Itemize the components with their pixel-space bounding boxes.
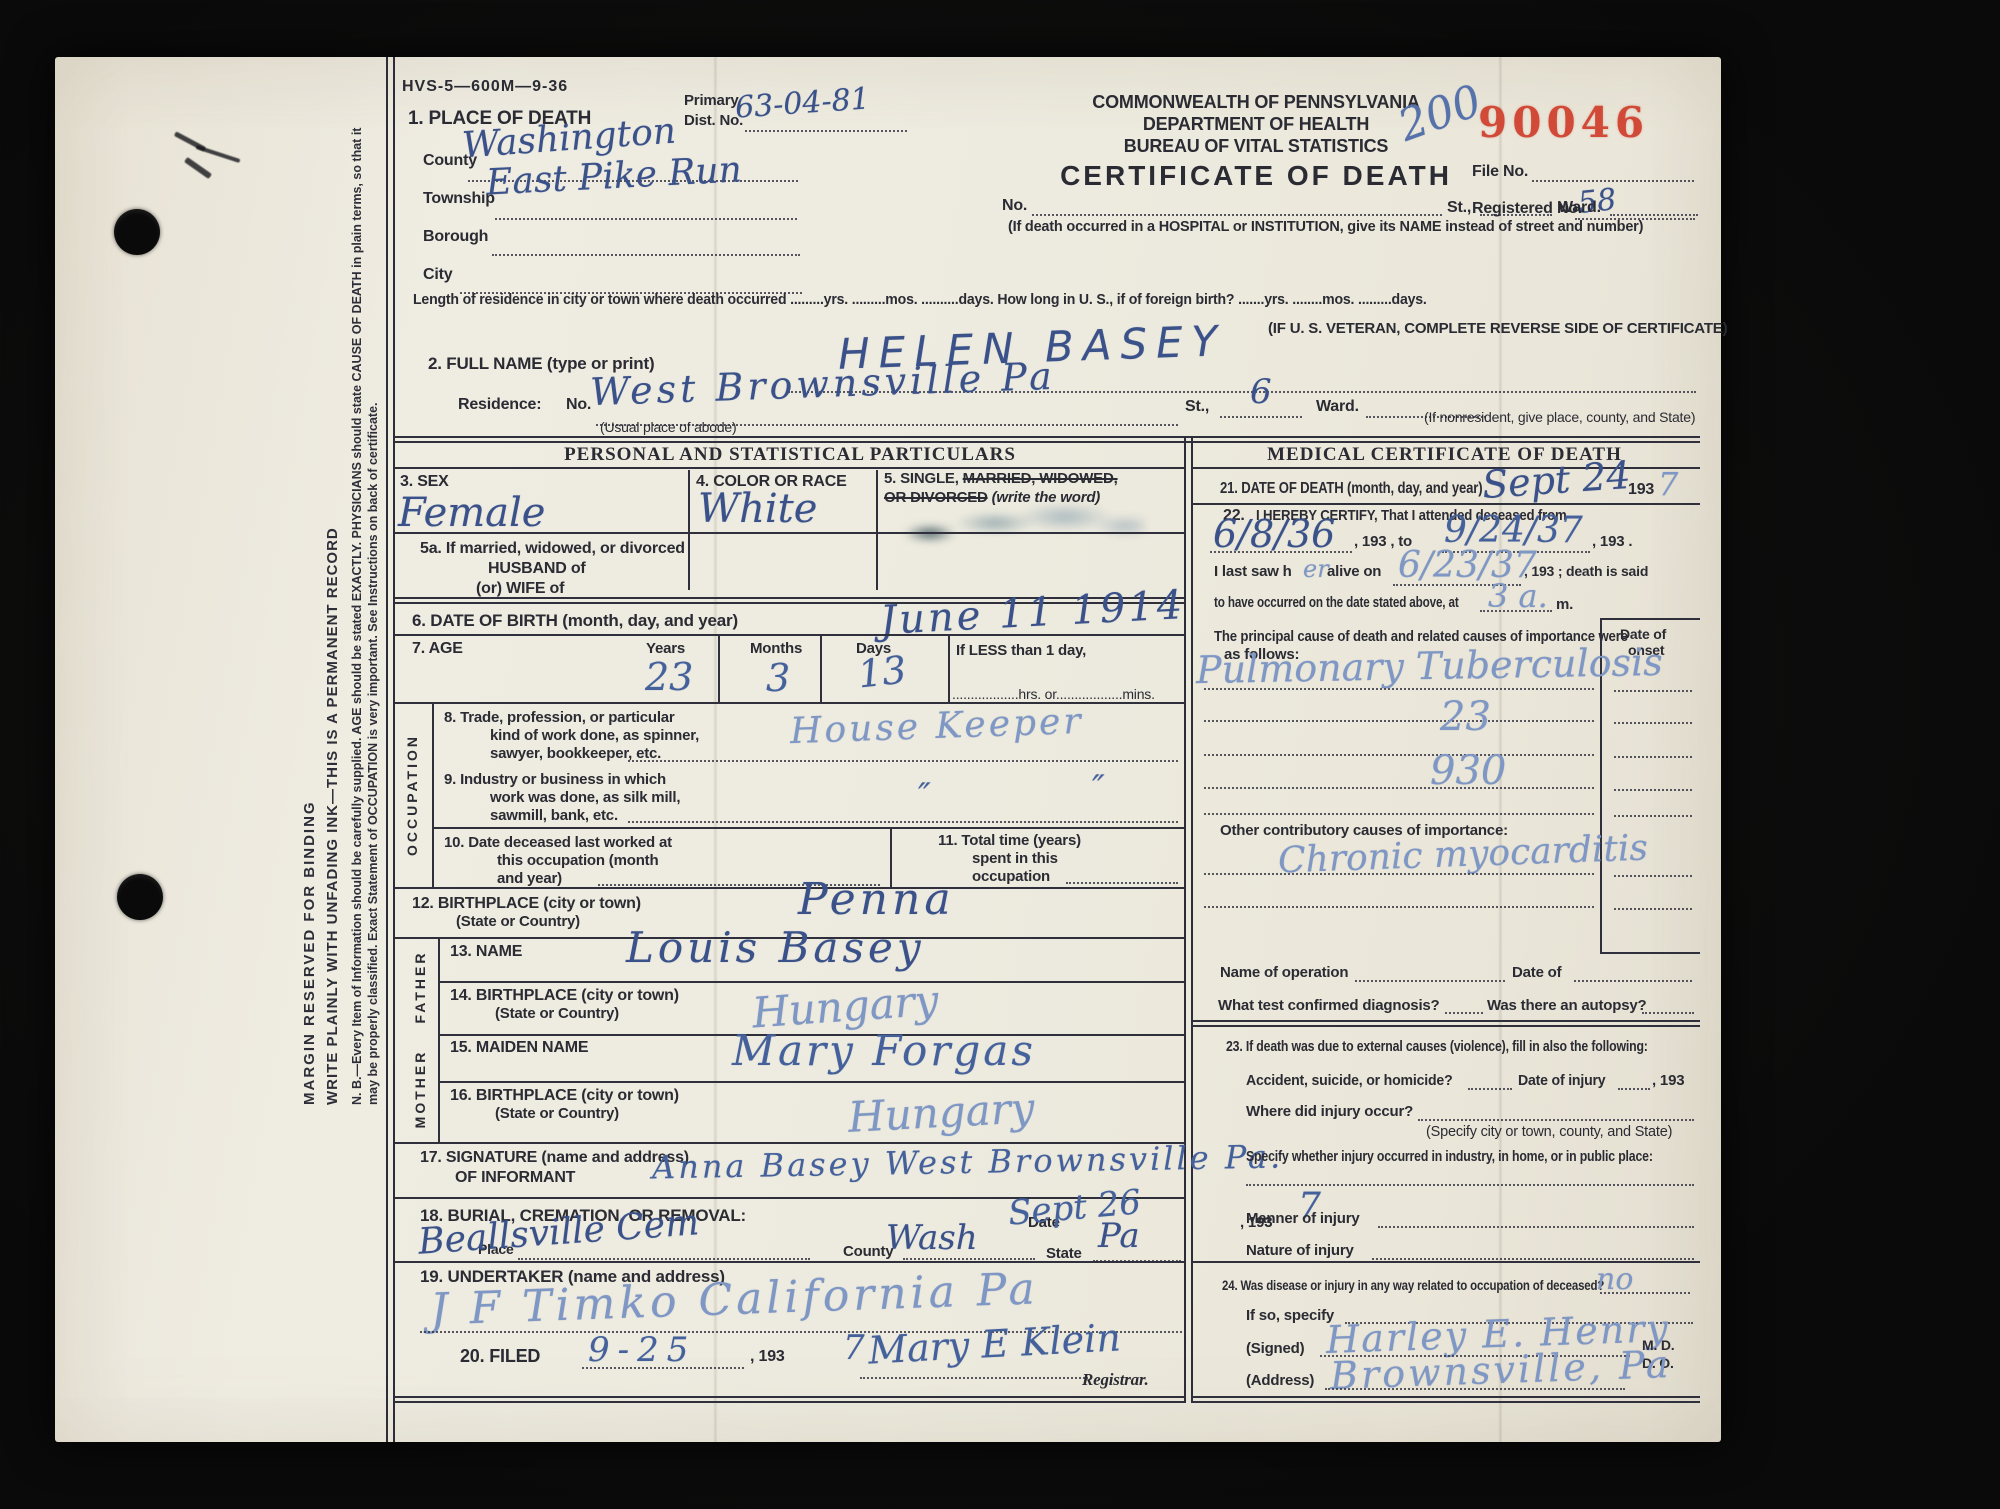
last-worked-label-3: and year) [497, 870, 562, 887]
ink-scuff [196, 145, 241, 163]
test-label: What test confirmed diagnosis? [1218, 997, 1440, 1014]
address-label: (Address) [1246, 1372, 1314, 1389]
total-time-label-2: spent in this [972, 850, 1058, 867]
father-birthplace-sublabel: (State or Country) [495, 1005, 619, 1022]
personal-section-title: PERSONAL AND STATISTICAL PARTICULARS [400, 444, 1180, 466]
occurred-time-line [1480, 610, 1552, 612]
industry-label-3: sawmill, bank, etc. [490, 807, 618, 824]
accident-line [1468, 1088, 1512, 1090]
age-divider-1 [718, 635, 720, 702]
margin-reserved-note: MARGIN RESERVED FOR BINDING [301, 95, 318, 1105]
occupation-bottom-rule [395, 887, 1184, 889]
father-bracket-line [438, 937, 440, 1034]
last-worked-label-2: this occupation (month [497, 852, 658, 869]
age-less-label: If LESS than 1 day, [956, 642, 1086, 659]
section-top-rule [395, 436, 1700, 443]
residence-length-line: Length of residence in city or town wher… [413, 291, 1427, 308]
dist-no-value: 63-04-81 [734, 81, 871, 125]
filed-date-value: 9-25 [588, 1330, 696, 1370]
address-line [1325, 1388, 1625, 1390]
hospital-note: (If death occurred in a HOSPITAL or INST… [1008, 219, 1643, 235]
cause-code-2: 930 [1430, 748, 1506, 794]
where-injury-label: Where did injury occur? [1246, 1103, 1413, 1120]
mother-birthplace-label: 16. BIRTHPLACE (city or town) [450, 1087, 679, 1105]
specify-whether-label: Specify whether injury occurred in indus… [1246, 1148, 1653, 1165]
residence-no-label: No. [566, 396, 591, 414]
certificate-title: CERTIFICATE OF DEATH [1030, 160, 1482, 192]
informant-label-2: OF INFORMANT [455, 1169, 575, 1187]
date-of-death-value: Sept 24 [1481, 453, 1632, 507]
related-answer-line [1600, 1292, 1690, 1294]
cause-line-3 [1204, 754, 1594, 756]
sex-row-rule [395, 532, 1184, 534]
injury-date-label: Date of injury [1518, 1072, 1605, 1089]
if-so-specify-label: If so, specify [1246, 1307, 1334, 1324]
specify-whether-line [1246, 1184, 1694, 1186]
age-months-label: Months [750, 640, 802, 657]
marital-value-smudge [895, 490, 1145, 550]
item10-top-rule [432, 827, 1184, 829]
total-time-label-1: 11. Total time (years) [938, 832, 1081, 849]
bureau-line: BUREAU OF VITAL STATISTICS [1050, 136, 1462, 157]
filed-year-digit: 7 [843, 1328, 865, 1368]
maiden-name-label: 15. MAIDEN NAME [450, 1039, 588, 1057]
hospital-st-line [1480, 214, 1552, 216]
dod-year-printed: 193 [1628, 481, 1654, 499]
dob-rule [395, 634, 1184, 636]
industry-line [628, 821, 1178, 823]
onset-line-2 [1614, 722, 1692, 724]
race-value: White [698, 486, 817, 532]
burial-state-value: Pa [1098, 1216, 1140, 1256]
marital-label-single: 5. SINGLE, [884, 470, 959, 487]
operation-label: Name of operation [1220, 964, 1348, 981]
birthplace-label: 12. BIRTHPLACE (city or town) [412, 895, 641, 913]
onset-line-1 [1614, 690, 1692, 692]
certificate-paper: N. B.—Every Item of Information should b… [55, 57, 1721, 1442]
filed-date-line [582, 1367, 744, 1369]
burial-rule [395, 1261, 1184, 1263]
burial-county-line [903, 1258, 1035, 1260]
age-label: 7. AGE [412, 640, 463, 658]
scanned-death-certificate: N. B.—Every Item of Information should b… [0, 0, 2000, 1509]
column-divider-rule [1184, 436, 1193, 1403]
residence-st-label: St., [1185, 398, 1209, 416]
onset-line-3 [1614, 756, 1692, 758]
abode-note: (Usual place of abode) [600, 419, 736, 435]
punch-hole [117, 874, 163, 920]
dist-no-line [745, 130, 907, 132]
married-widowed-label: 5a. If married, widowed, or divorced [420, 540, 685, 558]
age-months-value: 3 [766, 656, 790, 700]
father-birthplace-label: 14. BIRTHPLACE (city or town) [450, 987, 679, 1005]
hospital-ward-label: Ward. [1558, 199, 1601, 217]
trade-label-2: kind of work done, as spinner, [490, 727, 699, 744]
residence-st-line [1220, 416, 1302, 418]
onset-box-top-line [1600, 618, 1700, 620]
signed-label: (Signed) [1246, 1340, 1304, 1357]
sex-label: 3. SEX [400, 473, 449, 491]
cause-line-5 [1204, 813, 1594, 815]
margin-nb-note: N. B.—Every Item of Information should b… [349, 105, 381, 1105]
burial-county-value: Wash [886, 1218, 978, 1258]
autopsy-line [1642, 1012, 1694, 1014]
pencil-page-number: 200 [1392, 75, 1488, 152]
filed-label: 20. FILED [460, 1346, 540, 1367]
manner-of-injury-line [1378, 1226, 1694, 1228]
occupation-side-label: OCCUPATION [404, 710, 420, 880]
injury-date-line [1618, 1088, 1650, 1090]
occupation-bracket-line [432, 702, 434, 887]
margin-write-plainly-note: WRITE PLAINLY WITH UNFADING INK—THIS IS … [324, 95, 341, 1105]
test-line [1445, 1012, 1483, 1014]
father-name-rule [438, 981, 1184, 983]
trade-value: House Keeper [789, 701, 1084, 752]
attended-end-printed: , 193 . [1592, 533, 1632, 550]
onset-line-6 [1614, 875, 1692, 877]
attended-from-line [1210, 551, 1352, 553]
contributory-line-1 [1204, 873, 1594, 875]
cause-line-4 [1204, 787, 1594, 789]
specify-city-note: (Specify city or town, county, and State… [1426, 1124, 1672, 1140]
last-saw-her: er [1303, 555, 1329, 583]
filed-year-printed: , 193 [750, 1348, 785, 1366]
registrar-signature: Mary E Klein [867, 1315, 1122, 1372]
ink-scuff [184, 157, 212, 179]
left-bottom-rule [395, 1396, 1184, 1403]
operation-line [1355, 980, 1505, 982]
last-worked-label-1: 10. Date deceased last worked at [444, 834, 672, 851]
principal-cause-value: Pulmonary Tuberculosis [1196, 640, 1663, 692]
father-name-value: Louis Basey [626, 923, 925, 972]
external-causes-label: 23. If death was due to external causes … [1226, 1038, 1648, 1055]
cause-line-2 [1204, 720, 1594, 722]
dob-label: 6. DATE OF BIRTH (month, day, and year) [412, 611, 738, 631]
where-injury-line [1418, 1119, 1694, 1121]
birthplace-value: Penna [798, 874, 955, 925]
hospital-no-label: No. [1002, 197, 1027, 215]
occurred-post: m. [1556, 596, 1573, 613]
nonresident-note: (If nonresident, give place, county, and… [1424, 409, 1695, 425]
sex-race-divider [688, 470, 690, 590]
burial-place-line [518, 1258, 810, 1260]
onset-line-7 [1614, 908, 1692, 910]
informant-label: 17. SIGNATURE (name and address) [420, 1149, 689, 1167]
father-side-label: FATHER [412, 944, 428, 1030]
attended-from-value: 6/8/36 [1213, 512, 1335, 556]
husband-of-label: HUSBAND of [488, 560, 586, 578]
city-label: City [423, 266, 452, 284]
industry-ditto-mark-2: ″ [1092, 768, 1105, 808]
contributory-line-2 [1204, 906, 1594, 908]
cause-line-1 [1204, 688, 1594, 690]
mother-birthplace-value: Hungary [847, 1083, 1036, 1142]
age-divider-3 [948, 635, 950, 702]
registrar-line [860, 1377, 1088, 1379]
ward-number-value: 6 [1250, 372, 1272, 412]
file-no-label: File No. [1472, 163, 1528, 181]
father-name-label: 13. NAME [450, 943, 522, 961]
residence-value: West Brownsville Pa [589, 354, 1056, 414]
mother-side-label: MOTHER [412, 1046, 428, 1132]
trade-line [628, 760, 1178, 762]
township-line [495, 218, 797, 220]
related-question-label: 24. Was disease or injury in any way rel… [1222, 1277, 1604, 1293]
accident-label: Accident, suicide, or homicide? [1246, 1072, 1453, 1089]
last-saw-mid: alive on [1327, 563, 1381, 580]
age-divider-2 [820, 635, 822, 702]
operation-date-label: Date of [1512, 964, 1561, 981]
residence-label: Residence: [458, 396, 541, 414]
wife-of-label: (or) WIFE of [476, 580, 564, 598]
township-label: Township [423, 190, 495, 208]
paper-crease [713, 57, 718, 1442]
hospital-st-label: St., [1447, 199, 1471, 217]
registrar-label: Registrar. [1082, 1370, 1149, 1390]
borough-label: Borough [423, 228, 488, 246]
operation-date-line [1574, 980, 1692, 982]
onset-line-4 [1614, 789, 1692, 791]
manner-of-injury-label: Manner of injury [1246, 1210, 1359, 1227]
file-number-stamp: 90046 [1478, 98, 1649, 147]
race-marital-divider [876, 470, 878, 590]
last-saw-pre: I last saw h [1214, 563, 1292, 580]
dod-rule [1192, 503, 1700, 505]
mother-bracket-line [438, 1034, 440, 1142]
burial-state-label: State [1046, 1245, 1082, 1262]
industry-label-1: 9. Industry or business in which [444, 771, 666, 788]
sex-value: Female [398, 490, 545, 536]
total-time-label-3: occupation [972, 868, 1050, 885]
hospital-ward-line [1610, 214, 1698, 216]
cause-code-1: 23 [1440, 694, 1491, 740]
date-of-death-label: 21. DATE OF DEATH (month, day, and year) [1220, 480, 1482, 498]
mother-birthplace-sublabel: (State or Country) [495, 1105, 619, 1122]
maiden-name-value: Mary Forgas [732, 1026, 1036, 1075]
residence-ward-label: Ward. [1316, 398, 1359, 416]
form-code: HVS-5—600M—9-36 [402, 78, 568, 96]
age-days-value: 13 [856, 648, 909, 697]
hospital-no-line [1032, 214, 1442, 216]
onset-line-5 [1614, 815, 1692, 817]
birthplace-sublabel: (State or Country) [456, 913, 580, 930]
autopsy-label: Was there an autopsy? [1487, 997, 1646, 1014]
punch-hole [114, 209, 160, 255]
industry-label-2: work was done, as silk mill, [490, 789, 680, 806]
industry-ditto-mark: ″ [918, 776, 931, 816]
dod-year-digit: 7 [1658, 465, 1678, 503]
borough-line [492, 254, 800, 256]
primary-label: Primary [684, 92, 738, 109]
right-bottom-rule [1192, 1396, 1700, 1403]
total-time-line [1066, 882, 1178, 884]
hrs-mins-line: ..................hrs. or...............… [952, 686, 1155, 702]
nature-of-injury-label: Nature of injury [1246, 1242, 1354, 1259]
occurred-pre: to have occurred on the date stated abov… [1214, 594, 1459, 611]
nature-of-injury-line [1372, 1258, 1694, 1260]
veteran-note: (IF U. S. VETERAN, COMPLETE REVERSE SIDE… [1268, 320, 1727, 337]
margin-divider-rule [386, 57, 395, 1442]
medical-mid-rule [1192, 1020, 1700, 1027]
marital-label-struck: MARRIED, WIDOWED, [963, 470, 1118, 487]
trade-label-1: 8. Trade, profession, or particular [444, 709, 675, 726]
age-years-value: 23 [645, 655, 693, 699]
dist-no-label: Dist. No. [684, 112, 743, 129]
onset-box-bottom-line [1600, 952, 1700, 954]
injury-year-printed: , 193 [1652, 1072, 1684, 1089]
maiden-name-rule [438, 1081, 1184, 1083]
